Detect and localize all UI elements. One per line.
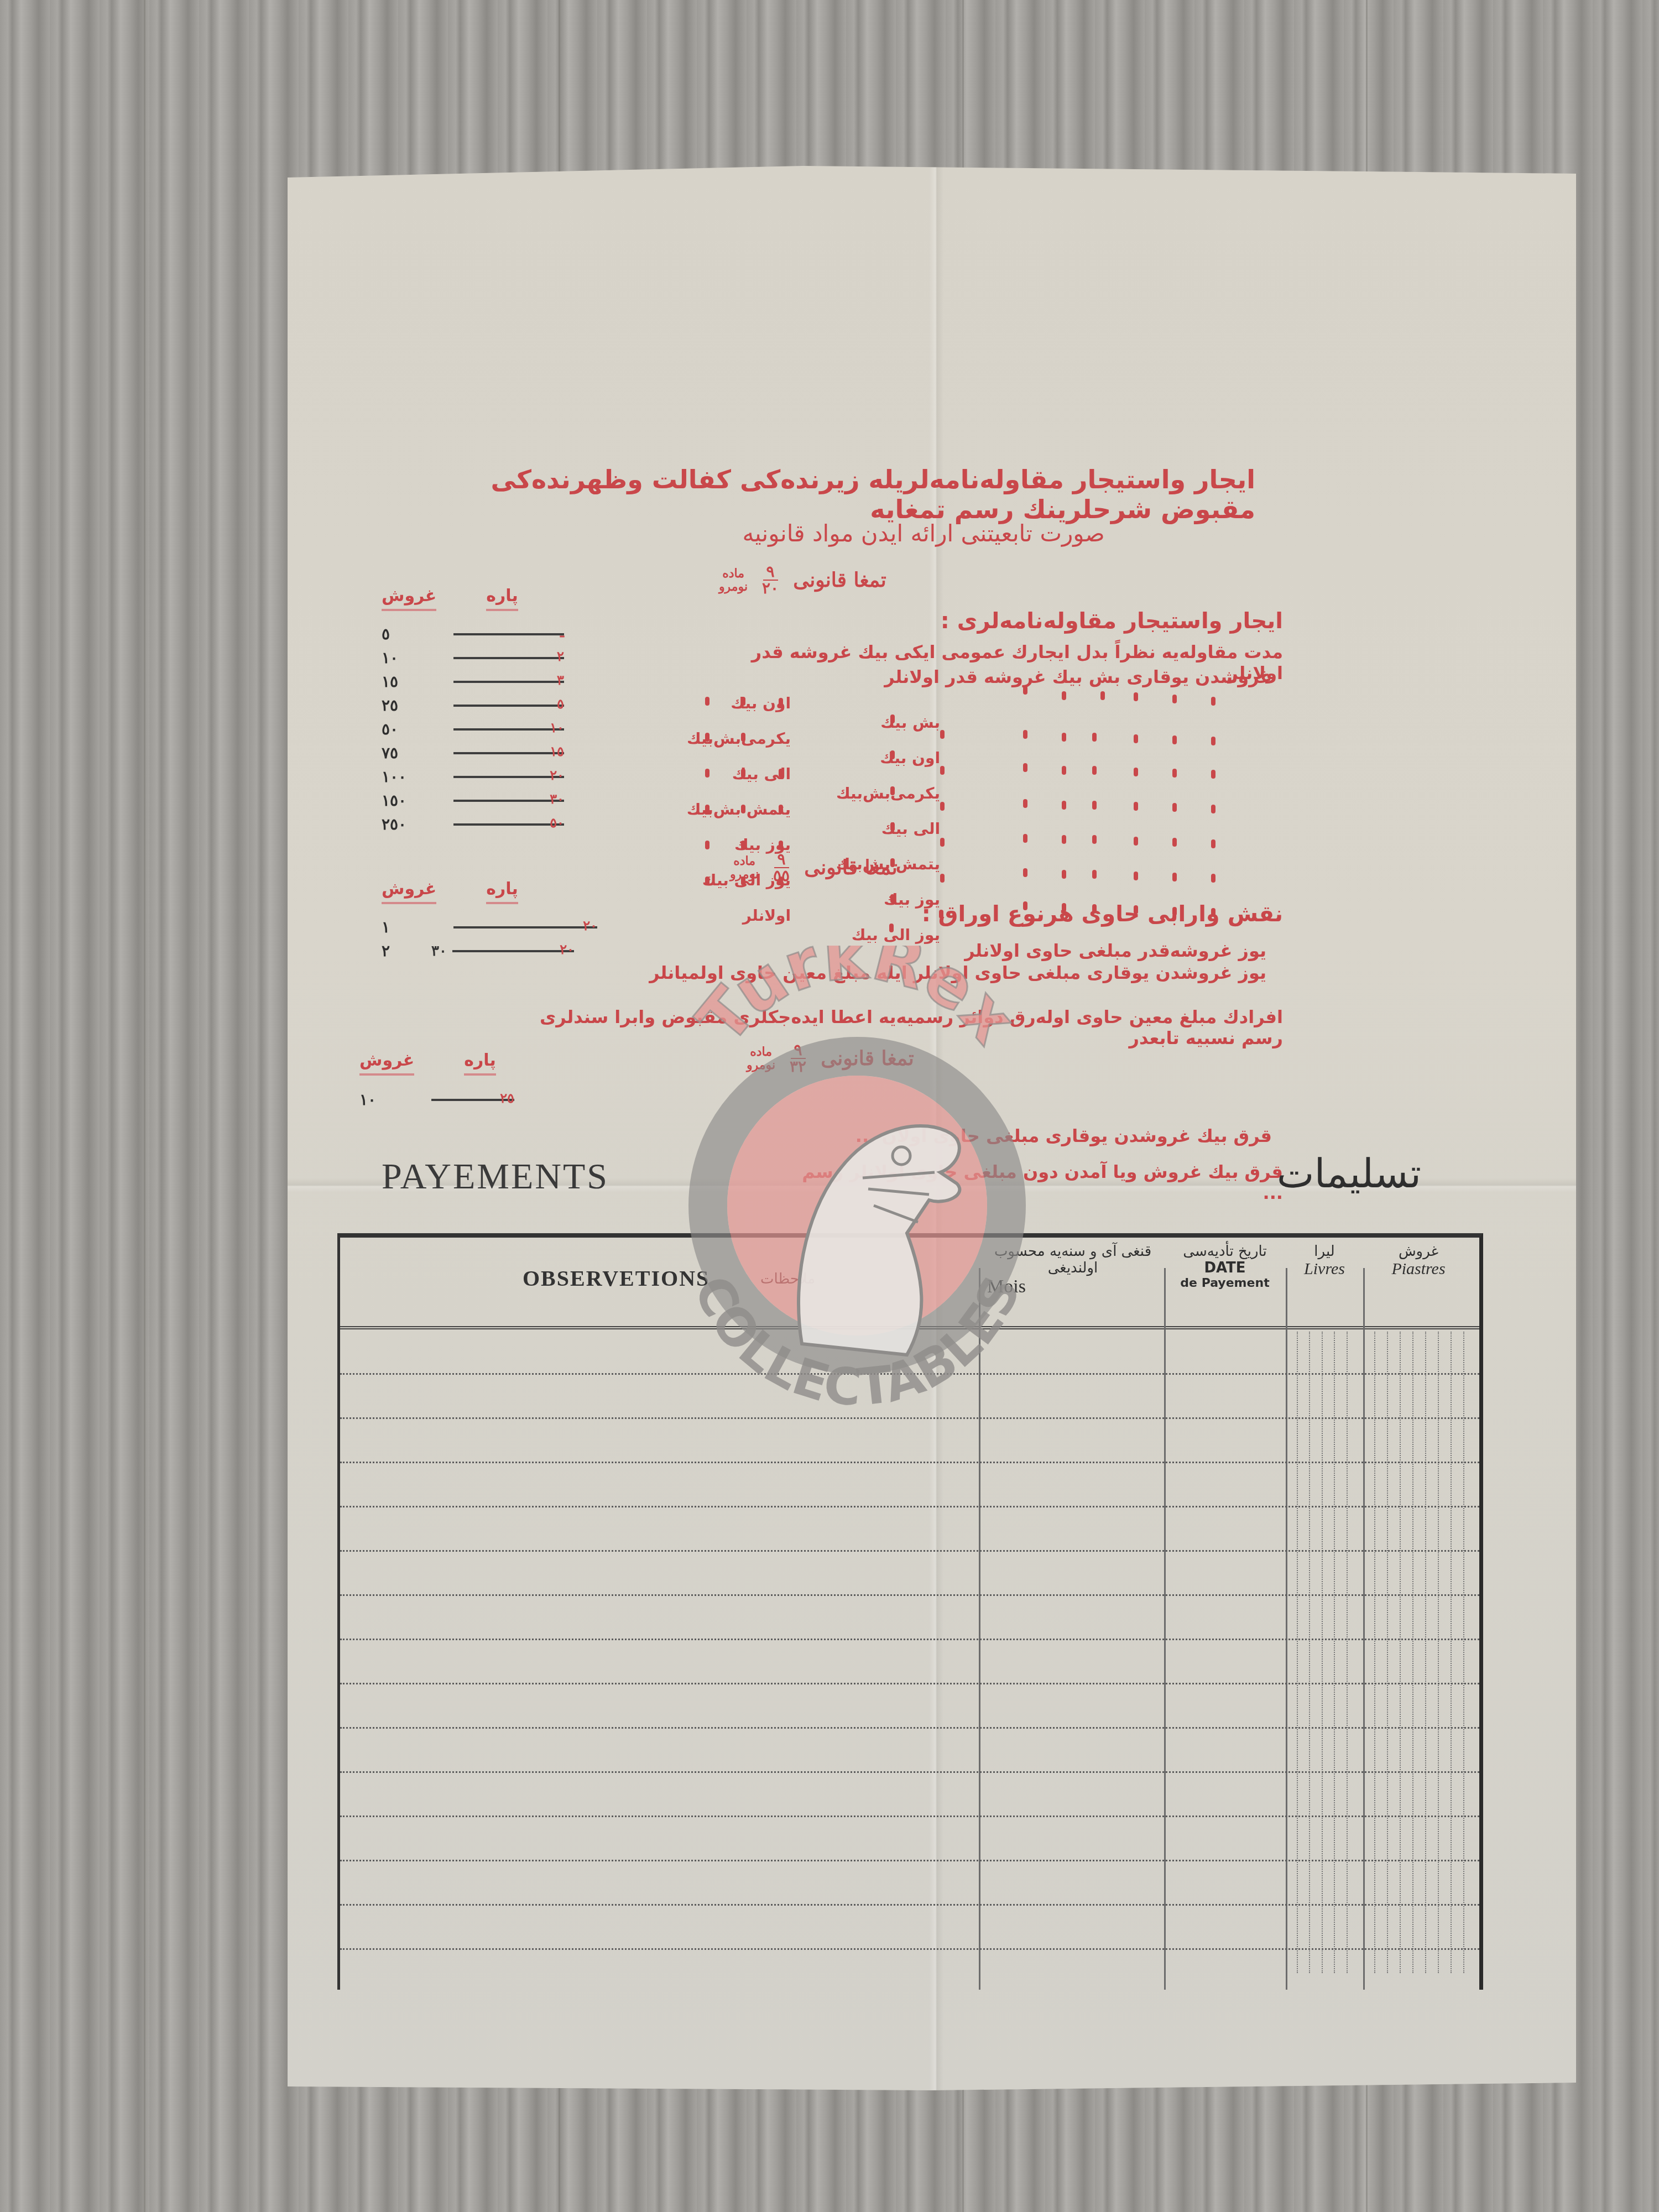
table-row: ١٥٠٣٠ [382,789,564,812]
table-row: ٢٣٠٢٠ [382,939,597,963]
table-row: ١٥٣ [382,670,564,693]
observations-header: OBSERVEТIONS [523,1265,709,1291]
table-row: ١٠٢٥ [359,1088,542,1112]
column-divider [1363,1268,1365,1990]
table-row: ٧٥١٥ [382,741,564,765]
article-fraction: ٩ ٣٢ [790,1042,806,1074]
para-column-header: پاره [486,586,518,611]
table-row[interactable] [340,1594,1479,1596]
date-column-header: تاریخ تأدیه‌سی DATE de Payement [1170,1243,1280,1290]
observations-header-ottoman: ملاحظات [760,1271,815,1287]
article-fraction: ٩ ٥٥ [773,852,790,884]
stamp-rate-table-1: پاره غروش ٥ـ ١٠٢ ١٥٣ ٢٥٥ ٥٠١٠ ٧٥١٥ ١٠٠٢٠… [382,586,564,836]
stamp-rate-table-2: پاره غروش ١٢٠ ٢٣٠٢٠ [382,879,597,963]
table-row[interactable] [340,1550,1479,1552]
wood-plank-seam [144,0,145,2212]
column-divider [1164,1268,1166,1990]
table-row: ٥ـ [382,622,564,646]
table-row[interactable] [340,1771,1479,1773]
kurus-column-header: غروش [382,879,436,904]
table-row[interactable] [340,1904,1479,1906]
law-reference-1: تمغا قانونی ٩ ٢٠ ماده نومرو [719,564,886,596]
para-column-header: پاره [464,1051,496,1076]
document-title-line-1: ایجار واستیجار مقاوله‌نامه‌لریله زیرنده‌… [481,465,1255,524]
table-row[interactable] [340,1683,1479,1684]
document-title-line-2: صورت تابعیتنی ارائه ایدن مواد قانونیه [730,520,1117,547]
column-divider [979,1268,980,1990]
stamp-rate-table-3: پاره غروش ١٠٢٥ [359,1051,542,1112]
payments-table-header: OBSERVEТIONS ملاحظات قنغی آی و سنه‌یه مح… [340,1238,1479,1329]
article-fraction: ٩ ٢٠ [762,564,779,596]
table-row[interactable] [340,1639,1479,1640]
table-row[interactable] [340,1417,1479,1419]
section-rental-contracts-heading: ایجار واستیجار مقاوله‌نامه‌لری : [785,608,1283,634]
ditto-marks-icon [680,680,1288,935]
section-3-line-2: قرق بیك غروش ویا آمدن دون مبلغی حاوی اول… [785,1161,1283,1203]
section-3-line-1: قرق بیك غروشدن یوقاری مبلغی حاوی اولان .… [785,1125,1272,1146]
table-row: ١٠٢ [382,646,564,670]
table-row: ٥٠١٠ [382,717,564,741]
table-row[interactable] [340,1373,1479,1375]
table-row[interactable] [340,1727,1479,1729]
piastres-column-header: غروش Piastres [1369,1243,1468,1279]
table-row[interactable] [340,1948,1479,1950]
table-row[interactable] [340,1860,1479,1861]
payments-title-french: PAYEMENTS [382,1156,609,1198]
table-row: ٢٥٥ [382,693,564,717]
document-paper: ایجار واستیجار مقاوله‌نامه‌لریله زیرنده‌… [288,166,1576,2090]
table-row: ١٢٠ [382,915,597,939]
table-row: ١٠٠٢٠ [382,765,564,789]
month-column-header: قنغی آی و سنه‌یه محسوب اولندیغی Mois [987,1243,1159,1297]
para-column-header: پاره [486,879,518,904]
section-stamped-papers-heading: نقش وارابی حاوی هرنوع اوراق : [841,901,1283,927]
kurus-column-header: غروش [382,586,436,611]
section-stamped-line-1: یوز غروشه‌قدر مبلغی حاوی اولانلر [841,940,1266,961]
column-divider [1286,1268,1287,1990]
payments-table: OBSERVEТIONS ملاحظات قنغی آی و سنه‌یه مح… [337,1233,1483,1990]
payments-title-ottoman: تسلیمات [1277,1150,1421,1197]
law-reference-2: تمغا قانونی ٩ ٥٥ ماده نومرو [730,852,898,884]
table-row[interactable] [340,1506,1479,1507]
ditto-marks-grid [680,680,1288,935]
law-reference-3: تمغا قانونی ٩ ٣٢ ماده نومرو [747,1042,914,1074]
table-row[interactable] [340,1815,1479,1817]
section-stamped-line-2: یوز غروشدن یوقاری مبلغی حاوی اولانلر ایل… [608,962,1266,983]
livres-column-header: لیرا Livres [1288,1243,1360,1279]
table-row: ٢٥٠٥٠ [382,812,564,836]
kurus-column-header: غروش [359,1051,414,1076]
table-row[interactable] [340,1462,1479,1463]
